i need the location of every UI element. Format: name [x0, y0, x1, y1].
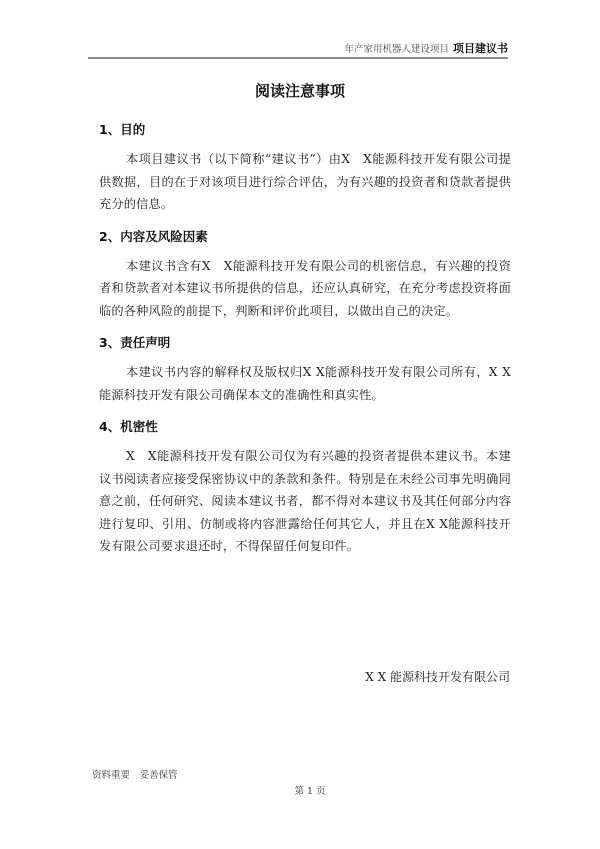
- section-paragraph: 本建议书内容的解释权及版权归X X能源科技开发有限公司所有，X X能源科技开发有…: [99, 361, 511, 406]
- section-content-risk: 2、内容及风险因素 本建议书含有X X能源科技开发有限公司的机密信息，有兴趣的投…: [99, 227, 511, 323]
- section-heading: 1、目的: [99, 120, 511, 140]
- section-heading: 2、内容及风险因素: [99, 227, 511, 247]
- section-heading: 4、机密性: [99, 417, 511, 437]
- section-confidentiality: 4、机密性 X X能源科技开发有限公司仅为有兴趣的投资者提供本建议书。本建议书阅…: [99, 417, 511, 558]
- footer-note: 资料重要 妥善保管: [92, 767, 178, 781]
- section-liability: 3、责任声明 本建议书内容的解释权及版权归X X能源科技开发有限公司所有，X X…: [99, 333, 511, 406]
- running-header: 年产家用机器人建设项目项目建议书: [88, 40, 508, 58]
- section-paragraph: 本项目建议书（以下简称“建议书”）由X X能源科技开发有限公司提供数据，目的在于…: [99, 148, 511, 216]
- document-body: 1、目的 本项目建议书（以下简称“建议书”）由X X能源科技开发有限公司提供数据…: [99, 120, 511, 569]
- page-number: 第 1 页: [0, 783, 600, 797]
- header-project-name: 年产家用机器人建设项目: [344, 44, 449, 55]
- section-paragraph: 本建议书含有X X能源科技开发有限公司的机密信息，有兴趣的投资者和贷款者对本建议…: [99, 255, 511, 323]
- page-title: 阅读注意事项: [0, 80, 600, 101]
- section-purpose: 1、目的 本项目建议书（以下简称“建议书”）由X X能源科技开发有限公司提供数据…: [99, 120, 511, 216]
- header-divider: [88, 57, 508, 59]
- header-doc-type: 项目建议书: [453, 42, 508, 55]
- section-paragraph: X X能源科技开发有限公司仅为有兴趣的投资者提供本建议书。本建议书阅读者应接受保…: [99, 445, 511, 558]
- section-heading: 3、责任声明: [99, 333, 511, 353]
- company-signature: X X 能源科技开发有限公司: [340, 668, 510, 685]
